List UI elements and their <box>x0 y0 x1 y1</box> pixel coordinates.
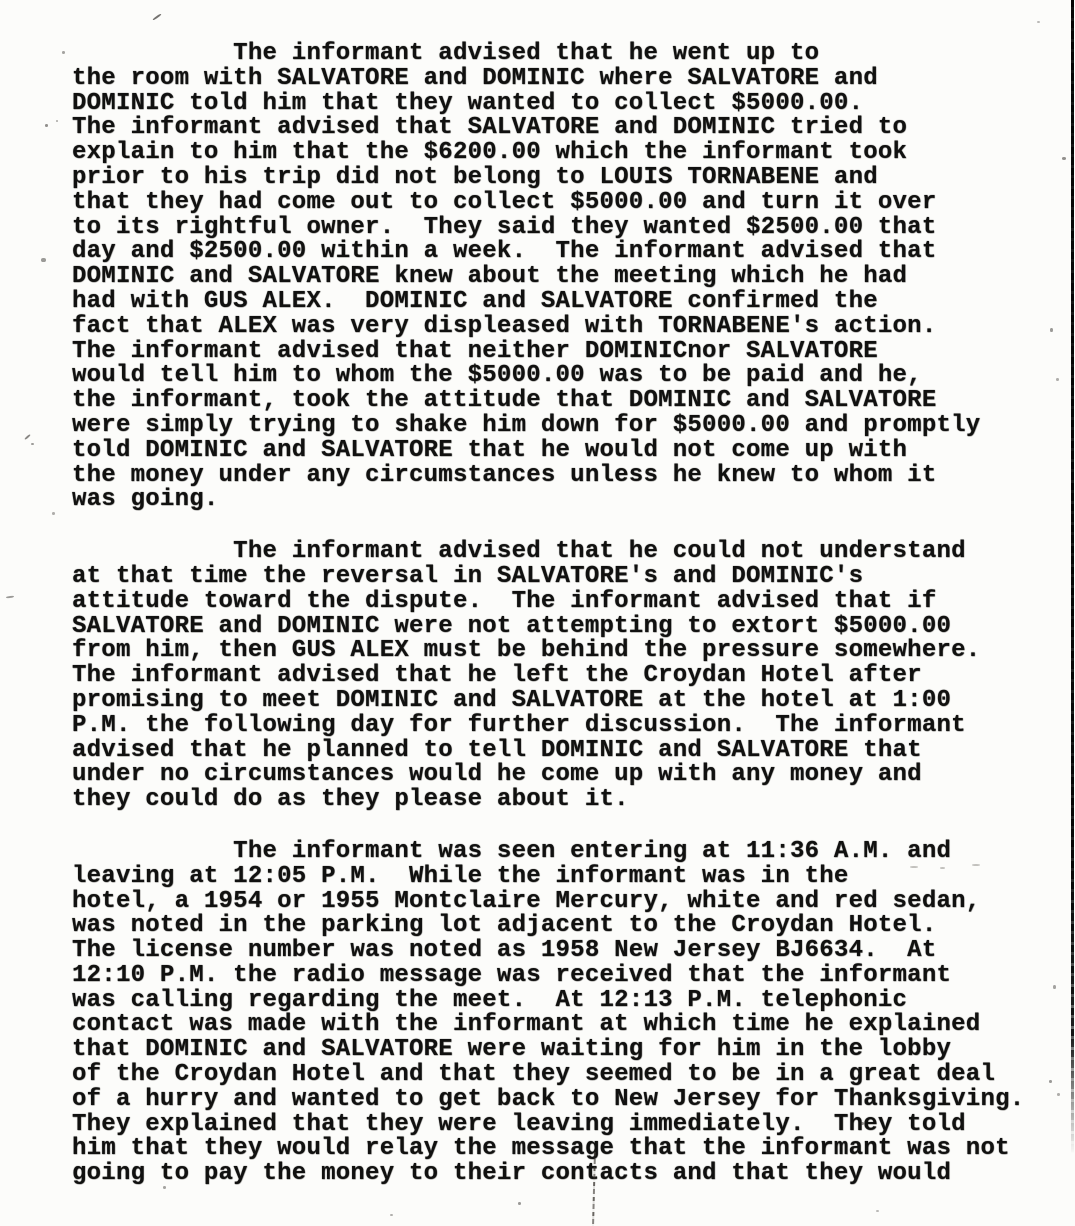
speck <box>163 1186 166 1189</box>
scanned-document-page: The informant advised that he went up to… <box>0 0 1075 1226</box>
speck <box>52 512 55 515</box>
speck <box>861 1122 864 1125</box>
speck <box>41 258 46 262</box>
speck <box>1056 378 1059 381</box>
speck <box>1050 328 1053 332</box>
report-paragraph-2: The informant advised that he could not … <box>72 540 1075 813</box>
scan-edge-artifact <box>1071 0 1074 1155</box>
speck <box>1053 985 1056 989</box>
speck <box>152 13 161 20</box>
speck <box>31 443 34 445</box>
report-paragraph-3: The informant was seen entering at 11:36… <box>72 840 1075 1187</box>
speck <box>24 434 31 440</box>
speck <box>1062 157 1066 160</box>
speck <box>1057 1093 1060 1096</box>
speck <box>45 124 48 127</box>
speck <box>972 864 980 866</box>
speck <box>6 595 14 598</box>
speck <box>56 120 58 122</box>
speck <box>1037 21 1040 23</box>
speck <box>910 866 918 868</box>
speck <box>940 867 945 869</box>
speck <box>876 1210 879 1212</box>
report-paragraph-1: The informant advised that he went up to… <box>72 42 1075 513</box>
speck <box>1049 1080 1052 1083</box>
speck <box>62 51 65 54</box>
speck <box>390 1214 393 1216</box>
speck <box>518 1202 521 1205</box>
